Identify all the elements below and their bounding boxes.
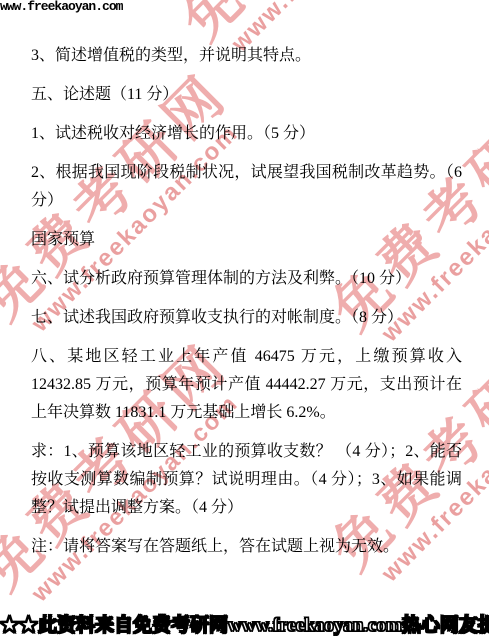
exam-paragraph: 八、某地区轻工业上年产值 46475 万元，上缴预算收入 12432.85 万元… (31, 343, 462, 427)
exam-paragraph: 七、试述我国政府预算收支执行的对帐制度。（8 分） (31, 304, 462, 332)
top-watermark-url: www.freekaoyan.com (0, 0, 122, 14)
exam-paragraph: 注：请将答案写在答题纸上，答在试题上视为无效。 (31, 533, 462, 561)
exam-paragraph: 3、简述增值税的类型，并说明其特点。 (31, 42, 462, 70)
footer-banner: ★★此资料来自免费考研网www.freekaoyan.com热心网友提供★★ (0, 614, 489, 638)
exam-document: 3、简述增值税的类型，并说明其特点。 五、论述题（11 分） 1、试述税收对经济… (0, 0, 489, 561)
exam-paragraph: 六、试分析政府预算管理体制的方法及利弊。（10 分） (31, 265, 462, 293)
exam-paragraph: 五、论述题（11 分） (31, 81, 462, 109)
exam-paragraph: 1、试述税收对经济增长的作用。（5 分） (31, 120, 462, 148)
exam-paragraph: 2、根据我国现阶段税制状况，试展望我国税制改革趋势。（6 分） (31, 159, 462, 215)
exam-paragraph: 国家预算 (31, 226, 462, 254)
exam-paragraph: 求：1、预算该地区轻工业的预算收支数？ （4 分）；2、能否按收支测算数编制预算… (31, 438, 462, 522)
